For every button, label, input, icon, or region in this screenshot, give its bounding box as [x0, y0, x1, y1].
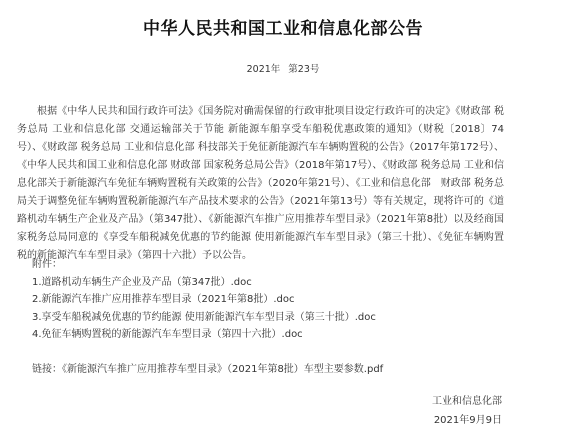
attachments-section: 附件： 1.道路机动车辆生产企业及产品（第347批）.doc 2.新能源汽车推广… [32, 256, 376, 344]
document-year: 2021年 [247, 64, 281, 75]
issuer-name: 工业和信息化部 [432, 392, 502, 411]
link-line: 链接：《新能源汽车推广应用推荐车型目录》（2021年第8批）车型主要参数.pdf [32, 360, 383, 375]
body-paragraph: 根据《中华人民共和国行政许可法》《国务院对确需保留的行政审批项目设定行政许可的决… [17, 103, 504, 265]
attachment-link-2[interactable]: 2.新能源汽车推广应用推荐车型目录（2021年第8批）.doc [32, 291, 376, 309]
document-number: 2021年第23号 [0, 61, 566, 75]
attachment-link-3[interactable]: 3.享受车船税减免优惠的节约能源 使用新能源汽车车型目录（第三十批）.doc [32, 309, 376, 327]
document-issue-number: 第23号 [288, 64, 319, 75]
page-title: 中华人民共和国工业和信息化部公告 [0, 14, 566, 39]
attachments-label: 附件： [32, 256, 376, 274]
pdf-link[interactable]: 《新能源汽车推广应用推荐车型目录》（2021年第8批）车型主要参数.pdf [62, 364, 383, 375]
signoff: 工业和信息化部 2021年9月9日 [432, 392, 502, 430]
attachment-link-4[interactable]: 4.免征车辆购置税的新能源汽车车型目录（第四十六批）.doc [32, 326, 376, 344]
attachment-link-1[interactable]: 1.道路机动车辆生产企业及产品（第347批）.doc [32, 274, 376, 292]
issue-date: 2021年9月9日 [432, 411, 502, 430]
link-label: 链接： [32, 364, 62, 375]
